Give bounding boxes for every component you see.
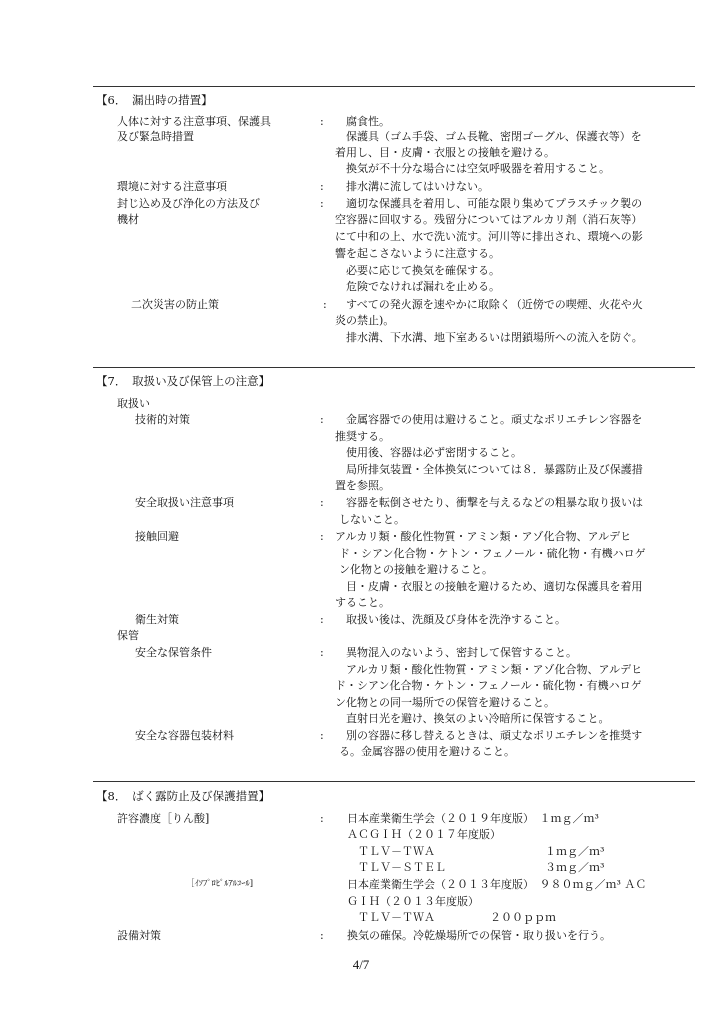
value-line: 危険でなければ漏れを止める。 <box>335 280 500 293</box>
value-line: 排水溝、下水溝、地下室あるいは閉鎖場所への流入を防ぐ。 <box>335 331 643 344</box>
value-line: 金属容器での使用は避けること。頑丈なポリエチレン容器を <box>335 413 642 426</box>
value-line: 目・皮膚・衣服との接触を避けるため、適切な保護具を着用 <box>335 580 643 593</box>
colon: : <box>320 180 324 193</box>
label: 安全な容器包装材料 <box>135 729 234 742</box>
value-line: 保護具（ゴム手袋、ゴム長靴、密閉ゴーグル、保護衣等）を <box>335 130 642 143</box>
value-line: 置を参照。 <box>335 479 390 492</box>
label: ［ｲｿﾌﾟﾛﾋﾟﾙｱﾙｺｰﾙ] <box>186 878 253 891</box>
value-line: 換気の確保。冷乾燥場所での保管・取り扱いを行う。 <box>347 929 611 942</box>
page-number: 4/7 <box>0 957 722 973</box>
value-line: 炎の禁止)。 <box>335 314 394 327</box>
value-line: ン化物との同一場所での保管を避けること。 <box>335 696 555 709</box>
label: 環境に対する注意事項 <box>117 180 227 193</box>
label: 技術的対策 <box>135 413 190 426</box>
value-line: 異物混入のないよう、密封して保管すること。 <box>335 646 577 659</box>
colon: : <box>320 413 324 426</box>
value-line: 日本産業衛生学会（２０１９年度版） １ｍｇ／ｍ³ <box>347 812 599 825</box>
value-line: ＴＬＶ－ＴＷＡ １ｍｇ／ｍ³ <box>347 845 604 858</box>
section-6-title: 【6． 漏出時の措置】 <box>96 94 213 107</box>
section-divider <box>93 781 695 782</box>
value-line: 腐食性。 <box>335 115 390 128</box>
colon: : <box>320 530 324 543</box>
value-line: 空容器に回収する。残留分についてはアルカリ剤（消石灰等） <box>335 213 642 226</box>
value-line: ド・シアン化合物・ケトン・フェノール・硫化物・有機ハロゲ <box>339 547 646 560</box>
value-line: にて中和の上、水で洗い流す。河川等に排出され、環境への影 <box>335 230 643 243</box>
section-divider <box>93 367 695 368</box>
label: 機材 <box>117 213 139 226</box>
label: 許容濃度［りん酸] <box>117 812 209 825</box>
label: 安全な保管条件 <box>135 646 212 659</box>
section-7-title: 【7． 取扱い及び保管上の注意】 <box>96 375 270 388</box>
label: 封じ込め及び浄化の方法及び <box>117 197 260 210</box>
value-line: ン化物との接触を避けること。 <box>339 563 493 576</box>
value-line: 局所排気装置・全体換気については８．暴露防止及び保護措 <box>335 463 643 476</box>
value-line: 日本産業衛生学会（２０１３年度版） ９８０ｍｇ／ｍ³ ＡＣ <box>347 878 646 891</box>
value-line: 換気が不十分な場合には空気呼吸器を着用すること。 <box>335 162 610 175</box>
label: 二次災害の防止策 <box>131 298 219 311</box>
subheading-handling: 取扱い <box>117 397 150 410</box>
value-line: 響を起こさないように注意する。 <box>335 247 500 260</box>
colon: : <box>320 115 324 128</box>
value-line: すべての発火源を速やかに取除く（近傍での喫煙、火花や火 <box>335 298 643 311</box>
value-line: 適切な保護具を着用し、可能な限り集めてプラスチック製の <box>335 197 642 210</box>
value-line: 直射日光を避け、換気のよい冷暗所に保管すること。 <box>335 712 610 725</box>
value-line: ド・シアン化合物・ケトン・フェノール・硫化物・有機ハロゲ <box>335 679 642 692</box>
colon: : <box>320 929 324 942</box>
colon: : <box>320 812 324 825</box>
label: 衛生対策 <box>135 613 179 626</box>
subheading-storage: 保管 <box>117 629 139 642</box>
value-line: 使用後、容器は必ず密閉すること。 <box>335 446 522 459</box>
colon: : <box>320 646 324 659</box>
label: 接触回避 <box>135 530 179 543</box>
colon: : <box>320 496 324 509</box>
value-line: る。金属容器の使用を避けること。 <box>339 745 515 758</box>
label: 設備対策 <box>117 929 161 942</box>
value-line: 推奨する。 <box>335 430 390 443</box>
label: 人体に対する注意事項、保護具 <box>117 115 271 128</box>
section-8-title: 【8． ばく露防止及び保護措置】 <box>96 790 270 803</box>
value-line: すること。 <box>335 596 390 609</box>
value-line: 排水溝に流してはいけない。 <box>335 180 489 193</box>
colon: : <box>320 729 324 742</box>
value-line: ＡＣＧＩＨ（２０１７年度版） <box>347 828 501 841</box>
value-line: ＴＬＶ－ＳＴＥＬ ３ｍｇ／ｍ³ <box>347 861 604 874</box>
colon: : <box>320 613 324 626</box>
label: 及び緊急時措置 <box>117 130 194 143</box>
section-divider <box>93 86 695 87</box>
value-line: アルカリ類・酸化性物質・アミン類・アゾ化合物、アルデヒ <box>335 530 631 543</box>
colon: : <box>323 298 327 311</box>
value-line: しないこと。 <box>339 513 405 526</box>
value-line: 着用し、目・皮膚・衣服との接触を避ける。 <box>335 146 555 159</box>
value-line: ＴＬＶ－ＴＷＡ ２００ｐｐｍ <box>347 911 556 924</box>
value-line: 必要に応じて換気を確保する。 <box>335 264 500 277</box>
value-line: 取扱い後は、洗顔及び身体を洗浄すること。 <box>335 613 566 626</box>
colon: : <box>320 197 324 210</box>
value-line: ＧＩＨ（２０１３年度版） <box>347 895 479 908</box>
value-line: アルカリ類・酸化性物質・アミン類・アゾ化合物、アルデヒ <box>335 663 642 676</box>
value-line: 容器を転倒させたり、衝撃を与えるなどの粗暴な取り扱いは <box>335 496 643 509</box>
label: 安全取扱い注意事項 <box>135 496 234 509</box>
value-line: 別の容器に移し替えるときは、頑丈なポリエチレンを推奨す <box>335 729 642 742</box>
